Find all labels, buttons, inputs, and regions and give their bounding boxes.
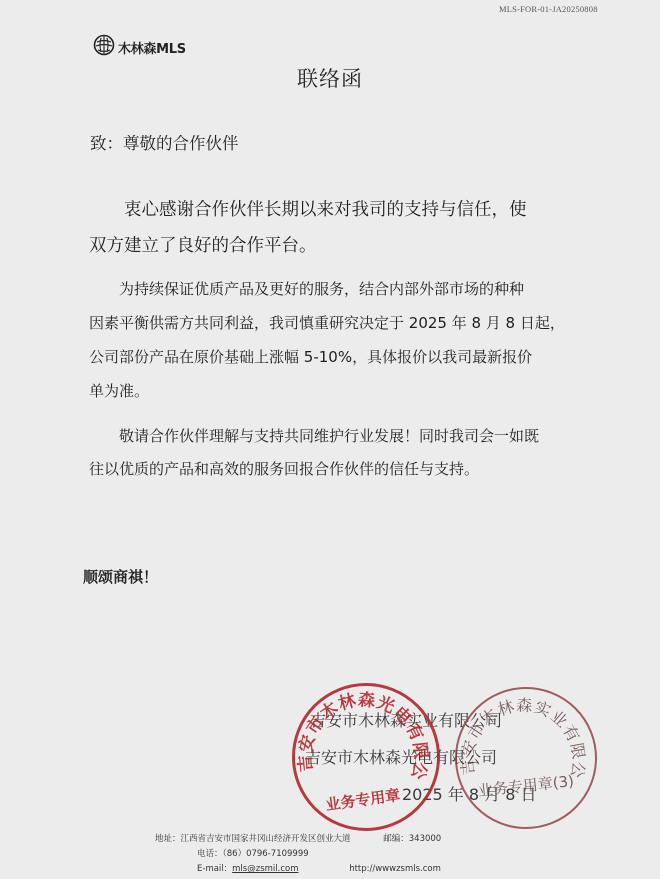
paragraph-line: 双方建立了良好的合作平台。 — [89, 228, 589, 264]
body-paragraph-request: 敬请合作伙伴理解与支持共同维护行业发展！同时我司会一如既 往以优质的产品和高效的… — [89, 420, 589, 486]
paragraph-line: 因素平衡供需方共同利益，我司慎重研究决定于 2025 年 8 月 8 日起， — [89, 306, 589, 340]
body-paragraph-price-increase: 为持续保证优质产品及更好的服务，结合内部外部市场的种种 因素平衡供需方共同利益，… — [89, 272, 589, 408]
seal-stamp-icon: 吉安市木林森光电有限公司 业务专用章 — [292, 683, 434, 825]
postal-label: 邮编： — [383, 834, 409, 844]
svg-text:吉安市木林森实业有限公司: 吉安市木林森实业有限公司 — [454, 686, 589, 780]
paragraph-line: 往以优质的产品和高效的服务回报合作伙伴的信任与支持。 — [89, 453, 589, 486]
seal-ring-text: 吉安市木林森光电有限公司 — [292, 683, 431, 782]
postal-code: 343000 — [409, 834, 441, 844]
footer-contact-info: 地址：江西省吉安市国家井冈山经济开发区创业大道 邮编：343000 电话：（86… — [155, 832, 441, 877]
phone-label: 电话： — [197, 849, 223, 859]
company-seal-industrial: 吉安市木林森实业有限公司 业务专用章(3) — [455, 687, 597, 829]
address-label: 地址： — [155, 834, 181, 844]
website-link[interactable]: http://wwwzsmls.com — [349, 864, 441, 874]
email-label: E-mail： — [197, 864, 232, 874]
paragraph-line: 公司部份产品在原价基础上涨幅 5-10%，具体报价以我司最新报价 — [89, 340, 589, 374]
seal-center-text: 业务专用章 — [324, 786, 401, 814]
seal-stamp-icon: 吉安市木林森实业有限公司 业务专用章(3) — [454, 686, 592, 824]
seal-ring-text: 吉安市木林森实业有限公司 — [454, 686, 589, 780]
paragraph-line: 衷心感谢合作伙伴长期以来对我司的支持与信任，使 — [89, 192, 589, 228]
address-value: 江西省吉安市国家井冈山经济开发区创业大道 — [181, 834, 351, 844]
company-globe-logo-icon — [93, 34, 115, 60]
paragraph-line: 敬请合作伙伴理解与支持共同维护行业发展！同时我司会一如既 — [89, 420, 589, 453]
phone-value: （86）0796-7109999 — [223, 849, 309, 859]
salutation: 致：尊敬的合作伙伴 — [90, 130, 239, 154]
company-seal-optoelectronics: 吉安市木林森光电有限公司 业务专用章 — [292, 683, 440, 831]
document-code: MLS-FOR-01-JA20250808 — [499, 4, 598, 14]
closing-greeting: 顺颂商祺！ — [83, 566, 158, 587]
paragraph-line: 为持续保证优质产品及更好的服务，结合内部外部市场的种种 — [89, 272, 589, 306]
svg-text:吉安市木林森光电有限公司: 吉安市木林森光电有限公司 — [292, 683, 431, 782]
body-paragraph-thanks: 衷心感谢合作伙伴长期以来对我司的支持与信任，使 双方建立了良好的合作平台。 — [89, 192, 589, 264]
seal-center-text: 业务专用章(3) — [477, 772, 575, 800]
email-link[interactable]: mls@zsmil.com — [232, 864, 298, 874]
paragraph-line: 单为准。 — [89, 374, 589, 408]
company-logo-text: 木林森MLS — [118, 38, 186, 57]
company-logo: 木林森MLS — [93, 34, 186, 60]
page-title: 联络函 — [0, 63, 660, 93]
